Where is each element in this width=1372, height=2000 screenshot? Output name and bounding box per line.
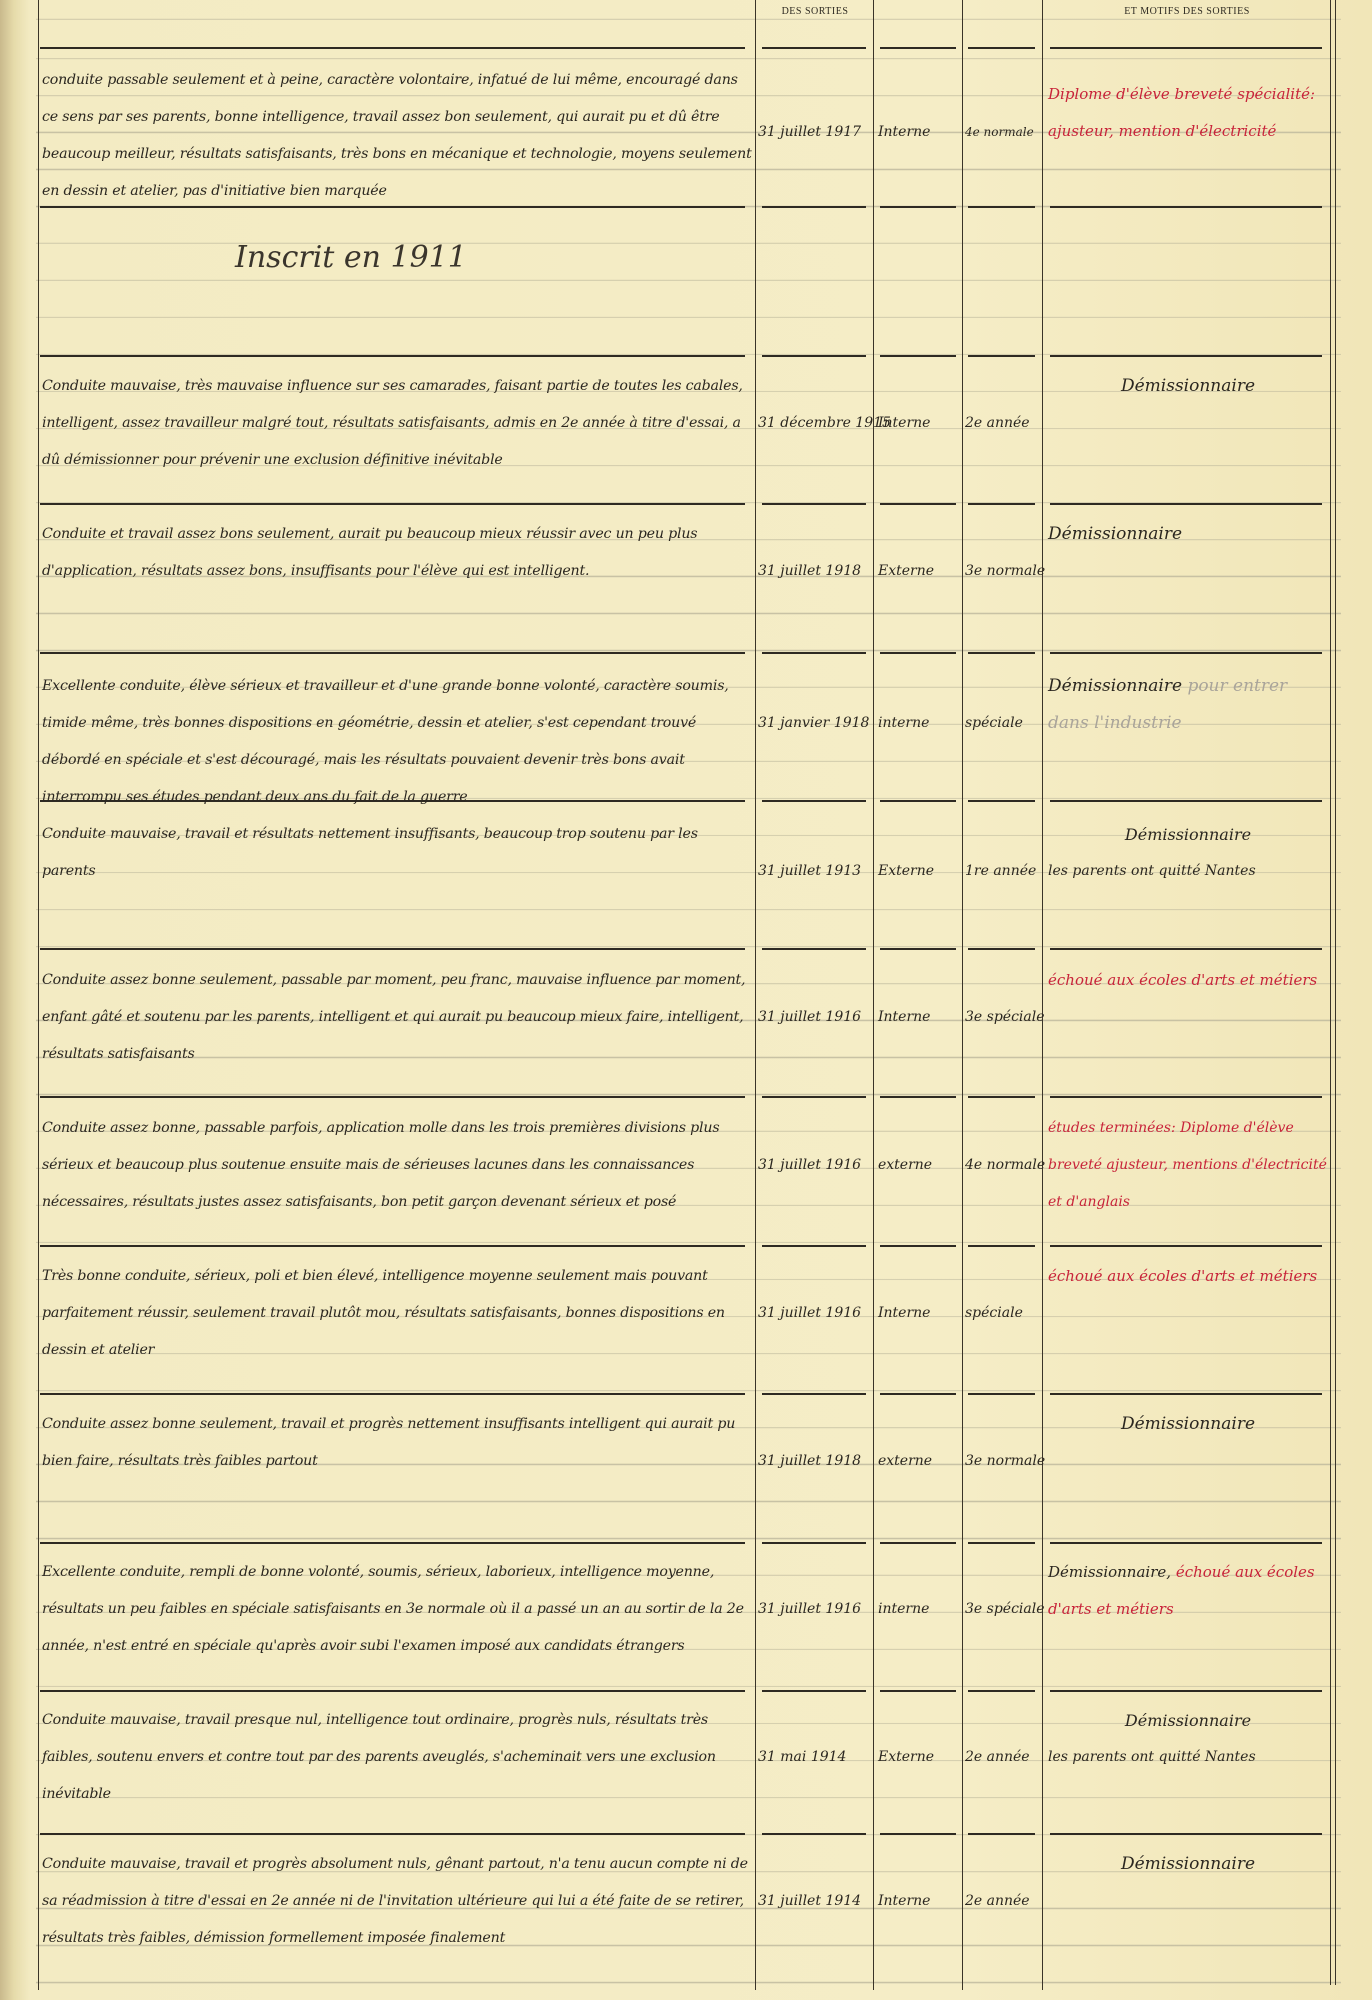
header-motifs-sorties: ET MOTIFS DES SORTIES	[1044, 6, 1330, 17]
entry-date: 31 juillet 1916	[758, 1591, 861, 1628]
entry-regime: Interne	[878, 405, 930, 442]
entry-date: 31 juillet 1918	[758, 1443, 861, 1480]
entry-date: 31 juillet 1916	[758, 1295, 861, 1332]
column-divider-regime	[873, 0, 874, 1990]
entry-observations: Conduite assez bonne seulement, travail …	[42, 1406, 752, 1480]
entry-classe: spéciale	[965, 1295, 1023, 1332]
entry-date: 31 juillet 1913	[758, 853, 861, 890]
entry-regime: externe	[878, 1147, 932, 1184]
entry-regime: Externe	[878, 553, 934, 590]
entry-date: 31 juillet 1918	[758, 553, 861, 590]
entry-regime: interne	[878, 1591, 929, 1628]
entry-regime: Interne	[878, 1883, 930, 1920]
motif-part: Démissionnaire,	[1048, 1563, 1171, 1581]
entry-date: 31 juillet 1917	[758, 114, 861, 151]
entry-classe: 2e année	[965, 1739, 1030, 1776]
entry-date: 31 juillet 1914	[758, 1883, 861, 1920]
entry-observations: Excellente conduite, rempli de bonne vol…	[42, 1554, 752, 1665]
entry-motif: Démissionnaire	[1048, 1406, 1328, 1443]
column-divider-right	[1330, 0, 1336, 1985]
column-divider-date	[755, 0, 756, 1990]
entry-motif: échoué aux écoles d'arts et métiers	[1048, 1258, 1328, 1295]
entry-motif: Démissionnaire, échoué aux écoles d'arts…	[1048, 1554, 1328, 1628]
entry-motif: Diplome d'élève breveté spécialité: ajus…	[1048, 76, 1328, 150]
entry-date: 31 mai 1914	[758, 1739, 846, 1776]
entry-classe: 3e spéciale	[965, 999, 1045, 1036]
entry-motif-detail: les parents ont quitté Nantes	[1048, 1739, 1328, 1776]
entry-date: 31 juillet 1916	[758, 999, 861, 1036]
register-page: DES SORTIES ET MOTIFS DES SORTIES condui…	[0, 0, 1372, 2000]
entry-observations: Excellente conduite, élève sérieux et tr…	[42, 668, 752, 816]
entry-date: 31 janvier 1918	[758, 705, 869, 742]
entry-observations: Conduite mauvaise, travail presque nul, …	[42, 1702, 752, 1813]
entry-date: 31 juillet 1916	[758, 1147, 861, 1184]
column-divider-motif	[1042, 0, 1043, 1990]
header-date-sorties: DES SORTIES	[757, 6, 873, 17]
entry-classe: 2e année	[965, 1883, 1030, 1920]
column-divider-left	[38, 0, 39, 1990]
entry-observations: conduite passable seulement et à peine, …	[42, 62, 752, 210]
entry-classe: 1re année	[965, 853, 1036, 890]
entry-classe: 2e année	[965, 405, 1030, 442]
entry-observations: Conduite mauvaise, travail et progrès ab…	[42, 1846, 752, 1957]
section-title: Inscrit en 1911	[235, 240, 467, 275]
entry-motif: Démissionnaire	[1048, 816, 1328, 853]
entry-motif: Démissionnaire pour entrer dans l'indust…	[1048, 668, 1328, 742]
entry-regime: Externe	[878, 853, 934, 890]
entry-classe: 4e normale	[965, 114, 1034, 151]
entry-motif: échoué aux écoles d'arts et métiers	[1048, 962, 1328, 999]
entry-classe: 4e normale	[965, 1147, 1045, 1184]
entry-observations: Conduite et travail assez bons seulement…	[42, 516, 752, 590]
entry-observations: Conduite assez bonne seulement, passable…	[42, 962, 752, 1073]
entry-motif: Démissionnaire	[1048, 516, 1328, 553]
entry-observations: Conduite mauvaise, travail et résultats …	[42, 816, 752, 890]
entry-motif: Démissionnaire	[1048, 368, 1328, 405]
column-divider-classe	[962, 0, 963, 1990]
entry-regime: Interne	[878, 999, 930, 1036]
entry-regime: interne	[878, 705, 929, 742]
entry-date: 31 décembre 1915	[758, 405, 891, 442]
entry-observations: Conduite assez bonne, passable parfois, …	[42, 1110, 752, 1221]
entry-regime: externe	[878, 1443, 932, 1480]
entry-observations: Très bonne conduite, sérieux, poli et bi…	[42, 1258, 752, 1369]
entry-motif: Démissionnaire	[1048, 1846, 1328, 1883]
entry-motif: études terminées: Diplome d'élève brevet…	[1048, 1110, 1328, 1221]
entry-motif-detail: les parents ont quitté Nantes	[1048, 853, 1328, 890]
entry-classe: 3e normale	[965, 1443, 1045, 1480]
entry-regime: Interne	[878, 114, 930, 151]
entry-classe: 3e normale	[965, 553, 1045, 590]
entry-regime: Externe	[878, 1739, 934, 1776]
entry-motif: Démissionnaire	[1048, 1702, 1328, 1739]
entry-observations: Conduite mauvaise, très mauvaise influen…	[42, 368, 752, 479]
entry-classe: 3e spéciale	[965, 1591, 1045, 1628]
motif-part: Démissionnaire	[1048, 676, 1182, 696]
entry-regime: Interne	[878, 1295, 930, 1332]
entry-classe: spéciale	[965, 705, 1023, 742]
